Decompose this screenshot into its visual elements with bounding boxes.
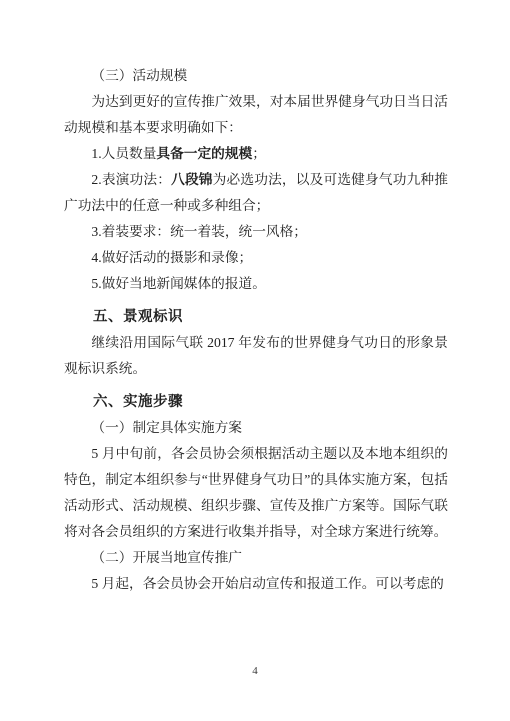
list-item-2-bold-text: 八段锦: [171, 172, 213, 187]
list-item-1-text: 1.人员数量: [91, 146, 156, 161]
subsection-heading-make-plan: （一）制定具体实施方案: [64, 415, 448, 441]
list-item-2-text: 2.表演功法：: [91, 172, 171, 187]
list-item-3: 3.着装要求：统一着装，统一风格；: [64, 219, 448, 245]
list-item-2: 2.表演功法：八段锦为必选功法，以及可选健身气功九种推广功法中的任意一种或多种组…: [64, 167, 448, 219]
paragraph-make-plan: 5 月中旬前，各会员协会须根据活动主题以及本地本组织的特色，制定本组织参与“世界…: [64, 441, 448, 545]
list-item-4: 4.做好活动的摄影和录像；: [64, 245, 448, 271]
document-page: （三）活动规模 为达到更好的宣传推广效果，对本届世界健身气功日当日活动规模和基本…: [0, 0, 510, 721]
section-heading-landscape-identity: 五、景观标识: [64, 304, 448, 330]
subsection-heading-activity-scale: （三）活动规模: [64, 63, 448, 89]
section-heading-implementation-steps: 六、实施步骤: [64, 389, 448, 415]
paragraph-local-promotion: 5 月起，各会员协会开始启动宣传和报道工作。可以考虑的: [64, 571, 448, 597]
subsection-heading-local-promotion: （二）开展当地宣传推广: [64, 545, 448, 571]
list-item-1-bold-text: 具备一定的规模: [156, 146, 252, 161]
paragraph-landscape-identity: 继续沿用国际气联 2017 年发布的世界健身气功日的形象景观标识系统。: [64, 330, 448, 382]
paragraph-activity-scale-intro: 为达到更好的宣传推广效果，对本届世界健身气功日当日活动规模和基本要求明确如下：: [64, 89, 448, 141]
page-number: 4: [0, 663, 510, 679]
list-item-5: 5.做好当地新闻媒体的报道。: [64, 271, 448, 297]
list-item-1: 1.人员数量具备一定的规模；: [64, 141, 448, 167]
list-item-1-tail: ；: [252, 146, 266, 161]
document-body: （三）活动规模 为达到更好的宣传推广效果，对本届世界健身气功日当日活动规模和基本…: [64, 63, 448, 597]
